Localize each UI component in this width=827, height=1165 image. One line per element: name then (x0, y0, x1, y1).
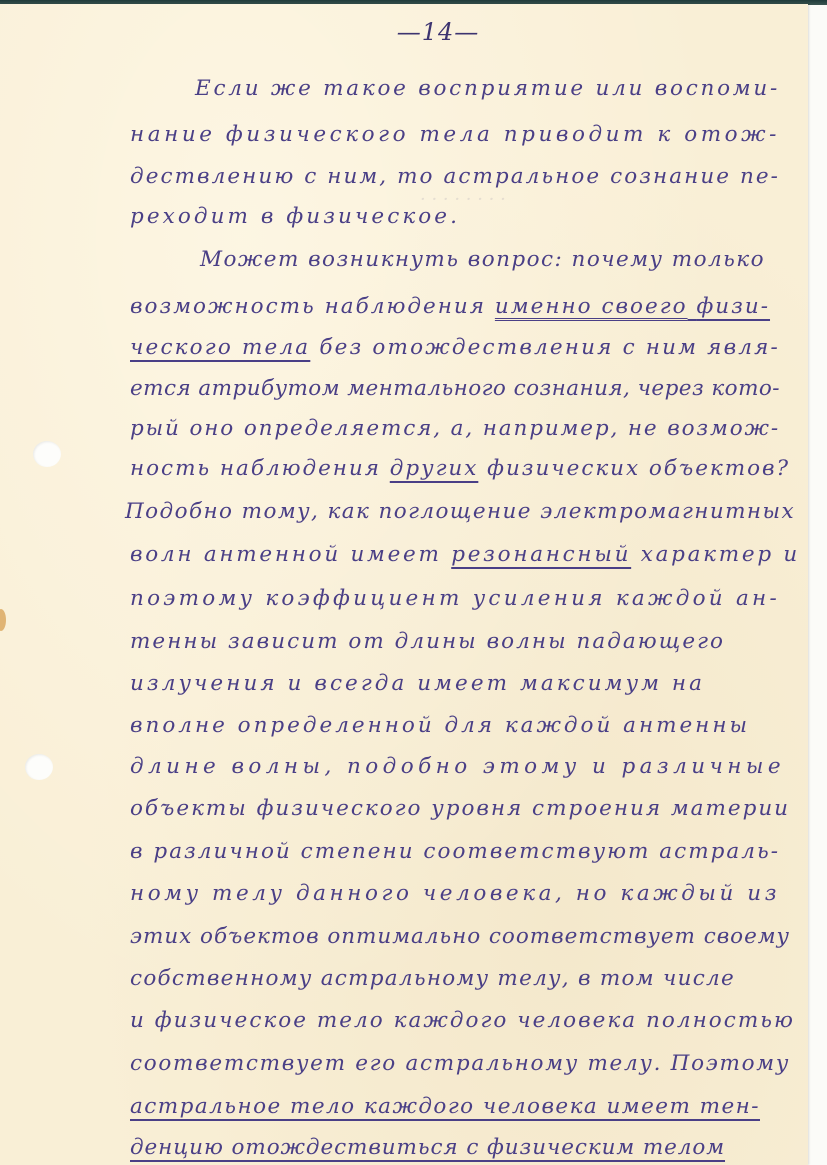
page-number: —14— (388, 18, 488, 46)
double-underlined-text: именно своего (495, 294, 688, 319)
punch-hole (25, 754, 53, 780)
text-line: ному телу данного человека, но каждый из (130, 881, 780, 906)
text-line: ческого тела без отождествления с ним яв… (130, 335, 780, 360)
text-segment: волн антенной имеет (130, 542, 451, 567)
text-segment: рый оно определяется, а, например, не во… (130, 416, 780, 441)
text-line: этих объектов оптимально соответствует с… (130, 924, 790, 949)
underlined-text: ческого тела (130, 335, 310, 360)
punch-hole (33, 441, 61, 467)
text-line: ность наблюдения других физических объек… (130, 456, 790, 481)
text-segment: характер и (631, 542, 800, 567)
text-segment: объекты физического уровня строения мате… (130, 796, 790, 821)
text-segment: вполне определенной для каждой антенны (130, 713, 750, 738)
text-line: объекты физического уровня строения мате… (130, 796, 790, 821)
text-segment: возможность наблюдения (130, 294, 495, 319)
text-line: астральное тело каждого человека имеет т… (130, 1094, 760, 1119)
underlined-text: других (390, 456, 479, 481)
text-segment: Если же такое восприятие или воспоми- (195, 76, 780, 101)
text-segment: собственному астральному телу, в том чис… (130, 966, 735, 991)
text-line: излучения и всегда имеет максимум на (130, 671, 705, 696)
underlined-text: астральное тело каждого человека имеет т… (130, 1094, 760, 1119)
text-line: возможность наблюдения именно своего физ… (130, 294, 770, 319)
text-segment: реходит в физическое. (130, 204, 460, 229)
text-segment: физических объектов? (478, 456, 790, 481)
text-line: рый оно определяется, а, например, не во… (130, 416, 780, 441)
text-segment: и физическое тело каждого человека полно… (130, 1008, 795, 1033)
handwritten-page: · · · · · · · · —14— Если же такое воспр… (0, 4, 808, 1165)
text-line: ется атрибутом ментального сознания, чер… (130, 376, 780, 401)
text-segment: поэтому коэффициент усиления каждой ан- (130, 586, 780, 611)
text-line: дествлению с ним, то астральное сознание… (130, 164, 780, 189)
text-line: волн антенной имеет резонансный характер… (130, 542, 800, 567)
underlined-text: резонансный (451, 542, 631, 567)
text-segment: ному телу данного человека, но каждый из (130, 881, 780, 906)
text-segment: без отождествления с ним явля- (310, 335, 780, 360)
text-segment: длине волны, подобно этому и различные (130, 754, 785, 779)
text-line: Подобно тому, как поглощение электромагн… (125, 499, 795, 524)
text-line: реходит в физическое. (130, 204, 460, 229)
text-line: тенны зависит от длины волны падающего (130, 629, 725, 654)
underlined-text: физи- (696, 294, 770, 319)
text-segment: этих объектов оптимально соответствует с… (130, 924, 790, 949)
underlined-text: денцию отождествиться с физическим телом (130, 1135, 725, 1160)
text-line: и физическое тело каждого человека полно… (130, 1008, 795, 1033)
text-segment: Может возникнуть вопрос: почему только (200, 247, 765, 272)
text-segment: нание физического тела приводит к отож- (130, 122, 780, 147)
text-segment: в различной степени соответствуют астрал… (130, 839, 780, 864)
text-line: Может возникнуть вопрос: почему только (200, 247, 765, 272)
text-segment: Подобно тому, как поглощение электромагн… (125, 499, 795, 524)
text-line: вполне определенной для каждой антенны (130, 713, 750, 738)
text-line: денцию отождествиться с физическим телом (130, 1135, 725, 1160)
paper-stain (0, 609, 6, 631)
text-line: в различной степени соответствуют астрал… (130, 839, 780, 864)
text-line: Если же такое восприятие или воспоми- (195, 76, 780, 101)
text-segment: ность наблюдения (130, 456, 390, 481)
text-segment: излучения и всегда имеет максимум на (130, 671, 705, 696)
text-line: нание физического тела приводит к отож- (130, 122, 780, 147)
text-line: соответствует его астральному телу. Поэт… (130, 1051, 790, 1076)
text-segment: тенны зависит от длины волны падающего (130, 629, 725, 654)
text-line: поэтому коэффициент усиления каждой ан- (130, 586, 780, 611)
text-segment: дествлению с ним, то астральное сознание… (130, 164, 780, 189)
text-segment: соответствует его астральному телу. Поэт… (130, 1051, 790, 1076)
text-line: собственному астральному телу, в том чис… (130, 966, 735, 991)
text-line: длине волны, подобно этому и различные (130, 754, 785, 779)
text-segment: ется атрибутом ментального сознания, чер… (130, 376, 780, 401)
